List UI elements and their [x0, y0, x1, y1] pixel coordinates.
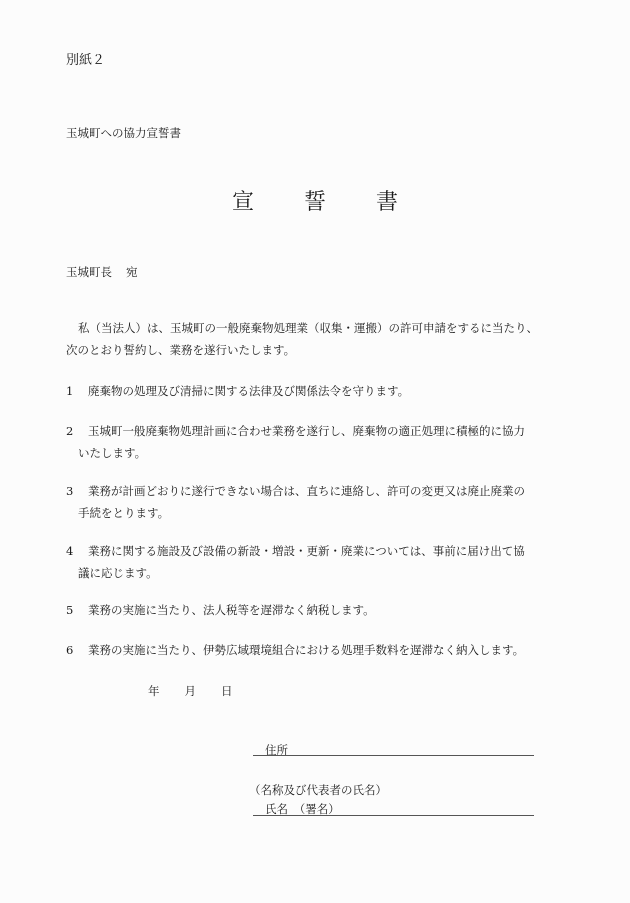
document-subtitle: 玉城町への協力宣誓書: [66, 125, 181, 141]
item-text-continued: いたします。: [66, 442, 566, 464]
item-text-continued: 手続をとります。: [66, 502, 566, 524]
item-text: 玉城町一般廃棄物処理計画に合わせ業務を遂行し、廃棄物の適正処理に積極的に協力: [88, 424, 525, 438]
date-year: 年: [148, 683, 160, 699]
preamble: 私（当法人）は、玉城町の一般廃棄物処理業（収集・運搬）の許可申請をするに当たり、…: [66, 317, 556, 361]
pledge-item-2: 2玉城町一般廃棄物処理計画に合わせ業務を遂行し、廃棄物の適正処理に積極的に協力 …: [66, 420, 566, 464]
item-number: 1: [66, 380, 88, 402]
signature-line[interactable]: [253, 815, 534, 816]
preamble-line-1: 私（当法人）は、玉城町の一般廃棄物処理業（収集・運搬）の許可申請をするに当たり、: [66, 317, 556, 339]
pledge-item-1: 1廃棄物の処理及び清掃に関する法律及び関係法令を守ります。: [66, 380, 566, 402]
pledge-item-3: 3業務が計画どおりに遂行できない場合は、直ちに連絡し、許可の変更又は廃止廃業の …: [66, 480, 566, 524]
item-number: 2: [66, 420, 88, 442]
address-line[interactable]: [253, 755, 534, 756]
title-char: 誓: [304, 185, 326, 216]
pledge-item-6: 6業務の実施に当たり、伊勢広域環境組合における処理手数料を遅滞なく納入します。: [66, 639, 566, 661]
pledge-item-4: 4業務に関する施設及び設備の新設・増設・更新・廃業については、事前に届け出て協 …: [66, 540, 566, 584]
date-month: 月: [185, 683, 197, 699]
item-text-continued: 議に応じます。: [66, 562, 566, 584]
addressee: 玉城町長宛: [66, 264, 138, 280]
item-text: 業務の実施に当たり、法人税等を遅滞なく納税します。: [88, 603, 375, 617]
date-day: 日: [221, 683, 233, 699]
item-number: 6: [66, 639, 88, 661]
pledge-item-5: 5業務の実施に当たり、法人税等を遅滞なく納税します。: [66, 599, 566, 621]
item-number: 5: [66, 599, 88, 621]
item-number: 3: [66, 480, 88, 502]
title-char: 宣: [232, 185, 254, 216]
addressee-suffix: 宛: [126, 265, 138, 279]
item-text: 廃棄物の処理及び清掃に関する法律及び関係法令を守ります。: [88, 384, 409, 398]
item-number: 4: [66, 540, 88, 562]
preamble-line-2: 次のとおり誓約し、業務を遂行いたします。: [66, 339, 556, 361]
document-title: 宣誓書: [0, 185, 630, 216]
name-caption: （名称及び代表者の氏名）: [249, 782, 387, 798]
title-char: 書: [376, 185, 398, 216]
item-text: 業務の実施に当たり、伊勢広域環境組合における処理手数料を遅滞なく納入します。: [88, 643, 524, 657]
date-row: 年月日: [148, 683, 258, 699]
item-text: 業務に関する施設及び設備の新設・増設・更新・廃業については、事前に届け出て協: [88, 544, 525, 558]
attachment-label: 別紙２: [66, 49, 105, 68]
item-text: 業務が計画どおりに遂行できない場合は、直ちに連絡し、許可の変更又は廃止廃業の: [88, 484, 525, 498]
addressee-name: 玉城町長: [66, 265, 112, 279]
